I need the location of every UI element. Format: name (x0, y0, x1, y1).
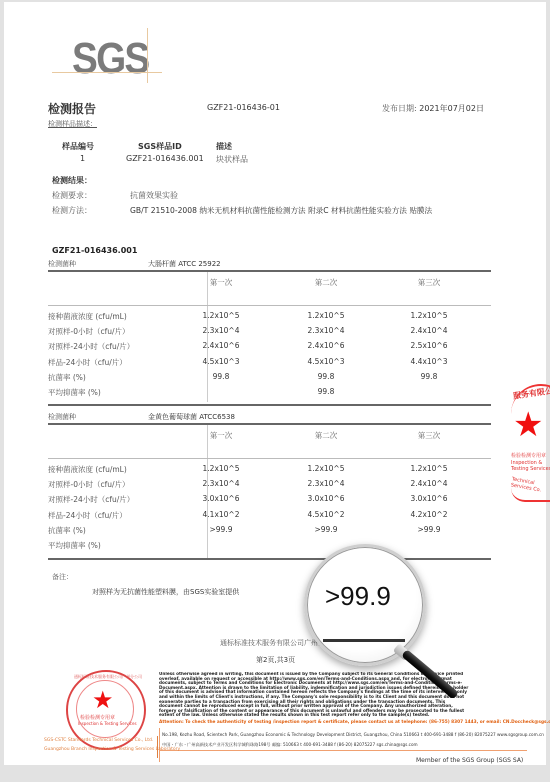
seal-arc (511, 488, 550, 502)
left-company-en: SGS-CSTC Standards Technical Services Co… (44, 738, 153, 743)
magnified-value: >99.9 (325, 581, 391, 612)
edge-seal-stamp: 服务有限公 ★ 检验检测专用章 Inspection & Testing Ser… (509, 384, 550, 524)
table-cell: 2.4x10^6 (176, 341, 266, 350)
page-number: 第2页,共3页 (256, 655, 295, 665)
table-cell: 2.4x10^4 (384, 479, 474, 488)
table-column-divider (207, 272, 208, 402)
issue-date: 发布日期: 2021年07月02日 (382, 103, 484, 114)
sgs-logo: SGS (52, 28, 162, 83)
table-cell: 4.1x10^2 (176, 510, 266, 519)
table-cell: 2.3x10^4 (281, 326, 371, 335)
row-label: 对照样-0小时（cfu/片） (48, 479, 130, 490)
column-header-trial-1: 第一次 (176, 277, 266, 288)
table-cell: 3.0x10^6 (176, 494, 266, 503)
row-label: 样品-24小时（cfu/片） (48, 357, 127, 368)
seal-ring-text: 通标标准技术服务有限公司广州分公司 (74, 674, 142, 680)
address-divider (159, 728, 160, 762)
address-en: No.198, Kezhu Road, Scientech Park, Guan… (162, 732, 544, 737)
report-number: GZF21-016436-01 (207, 103, 280, 112)
left-divider (157, 736, 158, 758)
table-header-rule (48, 458, 491, 459)
sample-id-heading: GZF21-016436.001 (52, 246, 137, 255)
table-cell: 2.4x10^6 (281, 341, 371, 350)
seal-en-text: Inspection & Testing Services (511, 460, 550, 472)
footer-rule (159, 750, 527, 751)
seal-mid-text: 检验检测专用章 (511, 452, 546, 459)
table-cell: 99.8 (281, 387, 371, 396)
table-cell: 1.2x10^5 (384, 464, 474, 473)
results-heading: 检测结果： (52, 175, 92, 186)
method-label: 检测方法： (52, 205, 92, 216)
table-cell: >99.9 (176, 525, 266, 534)
table-cell: 2.5x10^6 (384, 341, 474, 350)
strain-name: 大肠杆菌 ATCC 25922 (148, 259, 221, 269)
row-label: 抗菌率 (%) (48, 372, 86, 383)
row-label: 接种菌液浓度 (cfu/mL) (48, 464, 127, 475)
requirement-label: 检测要求： (52, 190, 92, 201)
magnifying-glass-icon: >99.9 (304, 544, 426, 666)
sample-no-value: 1 (80, 154, 85, 163)
method-value: GB/T 21510-2008 纳米无机材料抗菌性能检测方法 附录C 材料抗菌性… (130, 205, 432, 216)
table-cell: 4.5x10^3 (176, 357, 266, 366)
column-header-trial-1: 第一次 (176, 430, 266, 441)
table-cell: 2.3x10^4 (176, 326, 266, 335)
table-cell: 2.4x10^4 (384, 326, 474, 335)
col-description: 描述 (216, 141, 232, 152)
row-label: 平均抑菌率 (%) (48, 540, 101, 551)
col-sgs-sample-id: SGS样品ID (138, 141, 182, 152)
issue-date-label: 发布日期: (382, 104, 417, 113)
logo-guide-line (147, 28, 148, 83)
table-cell: 4.4x10^3 (384, 357, 474, 366)
table-cell: 1.2x10^5 (176, 311, 266, 320)
notes-text: 对照样为无抗菌性能塑料膜，由SGS实验室提供 (92, 587, 239, 597)
report-page: SGS 检测报告 GZF21-016436-01 发布日期: 2021年07月0… (4, 2, 546, 765)
column-header-trial-3: 第三次 (384, 430, 474, 441)
row-label: 接种菌液浓度 (cfu/mL) (48, 311, 127, 322)
notes-label: 备注： (52, 572, 73, 582)
requirement-value: 抗菌效果实验 (130, 190, 178, 201)
column-header-trial-2: 第二次 (281, 277, 371, 288)
strain-label: 检测菌种 (48, 259, 76, 269)
table-cell: 3.0x10^6 (384, 494, 474, 503)
table-cell: 1.2x10^5 (176, 464, 266, 473)
star-icon: ★ (513, 408, 543, 442)
row-label: 对照样-24小时（cfu/片） (48, 494, 134, 505)
table-cell: 99.8 (176, 372, 266, 381)
table-bottom-rule (48, 558, 491, 560)
table-top-rule (48, 423, 491, 425)
issue-date-value: 2021年07月02日 (419, 104, 484, 113)
table-cell: 2.3x10^4 (281, 479, 371, 488)
row-label: 抗菌率 (%) (48, 525, 86, 536)
magnified-rule (323, 639, 405, 642)
sgs-logo-text: SGS (72, 34, 148, 84)
star-icon: ★ (92, 688, 114, 712)
terms-fineprint: Unless otherwise agreed in writing, this… (159, 672, 469, 722)
table-cell: 4.5x10^2 (281, 510, 371, 519)
seal-cn-text: 检验检测专用章 (80, 714, 115, 721)
report-title: 检测报告 (48, 100, 96, 117)
table-cell: 99.8 (281, 372, 371, 381)
description-value: 块状样品 (216, 154, 248, 165)
strain-label: 检测菌种 (48, 412, 76, 422)
col-sample-no: 样品编号 (62, 141, 94, 152)
table-cell: 4.5x10^3 (281, 357, 371, 366)
table-cell: 1.2x10^5 (281, 311, 371, 320)
table-header-rule (48, 305, 491, 306)
table-cell: 3.0x10^6 (281, 494, 371, 503)
address-cn: 中国・广东・广州高新技术产业开发区科学城科珠路198号 邮编: 510663 t… (162, 742, 418, 748)
table-cell: 99.8 (384, 372, 474, 381)
sgs-member-text: Member of the SGS Group (SGS SA) (416, 757, 523, 764)
row-label: 对照样-0小时（cfu/片） (48, 326, 130, 337)
logo-guide-line (52, 72, 162, 73)
sample-description-heading: 检测样品描述： (48, 119, 97, 129)
table-cell: 4.2x10^2 (384, 510, 474, 519)
strain-name: 金黄色葡萄球菌 ATCC6538 (148, 412, 235, 422)
table-column-divider (207, 425, 208, 558)
left-company-branch: Guangzhou Branch Inspection & Testing Se… (44, 747, 180, 752)
table-cell: 1.2x10^5 (384, 311, 474, 320)
table-separator-rule (48, 404, 491, 406)
sgs-sample-id-value: GZF21-016436.001 (126, 154, 204, 163)
column-header-trial-2: 第二次 (281, 430, 371, 441)
table-top-rule (48, 270, 491, 272)
row-label: 平均抑菌率 (%) (48, 387, 101, 398)
seal-en-text: Inspection & Testing Services (78, 721, 137, 726)
table-cell: 1.2x10^5 (281, 464, 371, 473)
authenticity-notice: Attention: To check the authenticity of … (159, 720, 550, 725)
row-label: 样品-24小时（cfu/片） (48, 510, 127, 521)
table-cell: 2.3x10^4 (176, 479, 266, 488)
column-header-trial-3: 第三次 (384, 277, 474, 288)
table-cell: >99.9 (384, 525, 474, 534)
row-label: 对照样-24小时（cfu/片） (48, 341, 134, 352)
table-cell: >99.9 (281, 525, 371, 534)
